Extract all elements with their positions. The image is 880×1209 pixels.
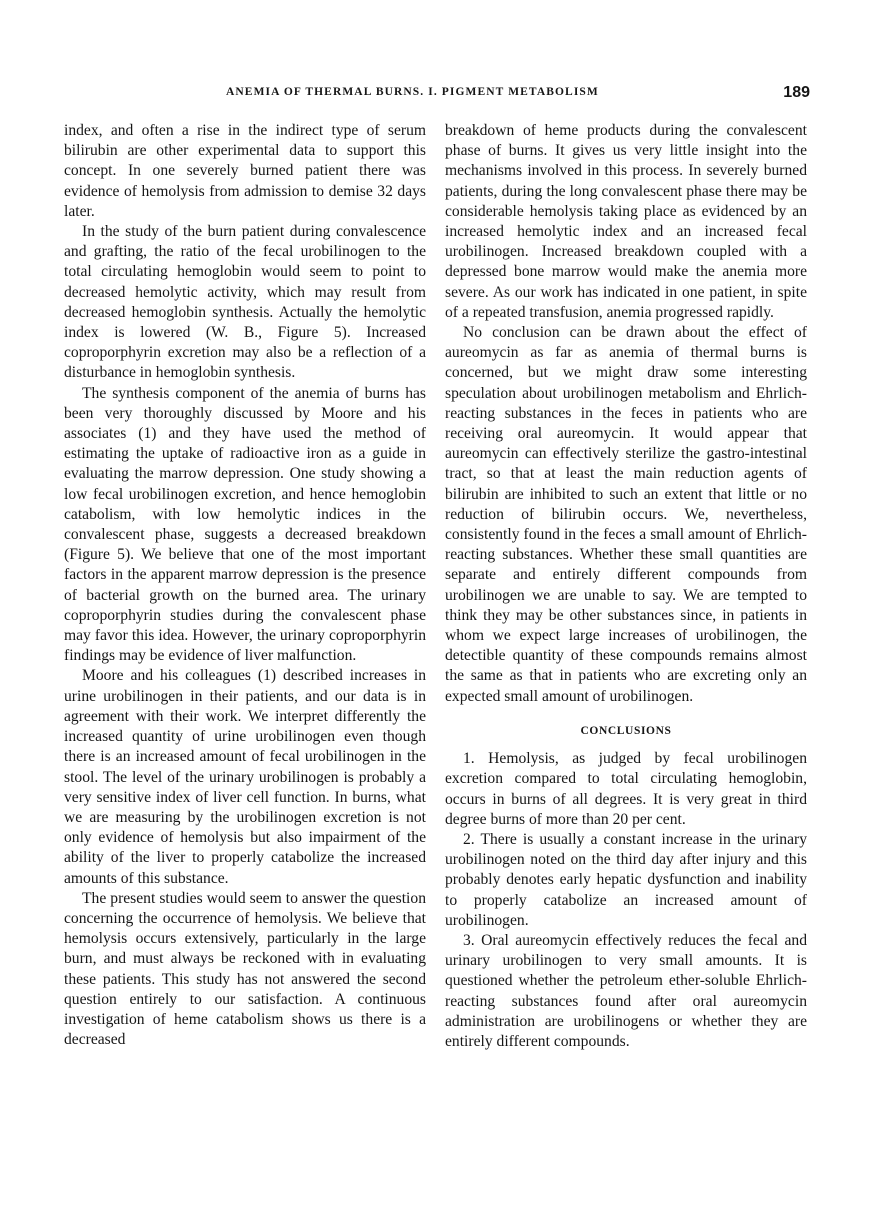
conclusion-item: 2. There is usually a constant increase … [445, 830, 807, 931]
conclusion-item: 1. Hemolysis, as judged by fecal urobili… [445, 749, 807, 830]
conclusions-heading: CONCLUSIONS [445, 721, 807, 741]
page-number: 189 [783, 84, 810, 102]
running-head: ANEMIA OF THERMAL BURNS. I. PIGMENT META… [226, 84, 810, 106]
paragraph: Moore and his colleagues (1) described i… [64, 666, 426, 888]
conclusion-item: 3. Oral aureomycin effectively reduces t… [445, 931, 807, 1052]
paragraph-continued: breakdown of heme products during the co… [445, 121, 807, 323]
left-column: index, and often a rise in the indirect … [64, 121, 426, 1050]
paragraph-continued: index, and often a rise in the indirect … [64, 121, 426, 222]
paragraph: No conclusion can be drawn about the eff… [445, 323, 807, 707]
right-column: breakdown of heme products during the co… [445, 121, 807, 1052]
running-title: ANEMIA OF THERMAL BURNS. I. PIGMENT META… [226, 86, 599, 98]
paragraph: In the study of the burn patient during … [64, 222, 426, 384]
paragraph: The present studies would seem to answer… [64, 889, 426, 1051]
paragraph: The synthesis component of the anemia of… [64, 384, 426, 667]
